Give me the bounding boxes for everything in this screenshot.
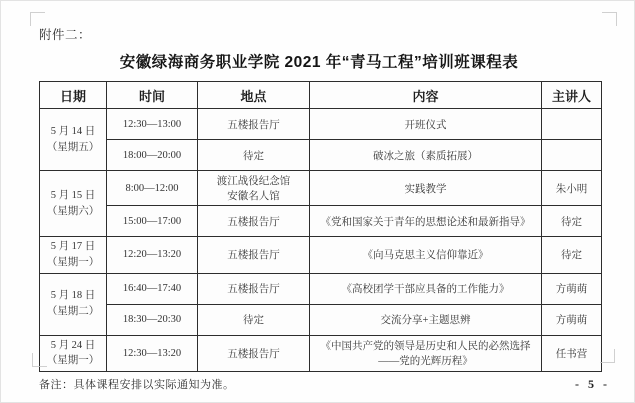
scan-corner-mark-bottom-left	[32, 353, 47, 367]
content-cell: 破冰之旅（素质拓展）	[310, 140, 542, 171]
location-cell: 五楼报告厅	[198, 335, 310, 372]
time-cell: 16:40—17:40	[107, 273, 198, 304]
table-row: 5 月 17 日 （星期一）12:20—13:20五楼报告厅《向马克思主义信仰靠…	[40, 237, 602, 274]
date-cell: 5 月 17 日 （星期一）	[40, 237, 107, 274]
speaker-cell	[542, 140, 602, 171]
time-cell: 12:20—13:20	[107, 237, 198, 274]
column-header-content: 内容	[310, 82, 542, 109]
note-text: 备注：具体课程安排以实际通知为准。	[39, 376, 599, 392]
content-cell: 《中国共产党的领导是历史和人民的必然选择——党的光辉历程》	[310, 335, 542, 372]
date-cell: 5 月 24 日 （星期一）	[40, 335, 107, 372]
document-page: 附件二： 安徽绿海商务职业学院 2021 年“青马工程”培训班课程表 日期时间地…	[0, 0, 635, 403]
page-number: - 5 -	[575, 377, 610, 392]
table-row: 5 月 14 日 （星期五）12:30—13:00五楼报告厅开班仪式	[40, 109, 602, 140]
speaker-cell: 待定	[542, 206, 602, 237]
content-cell: 实践教学	[310, 171, 542, 206]
column-header-time: 时间	[107, 82, 198, 109]
schedule-table: 日期时间地点内容主讲人 5 月 14 日 （星期五）12:30—13:00五楼报…	[39, 81, 602, 372]
time-cell: 12:30—13:00	[107, 109, 198, 140]
date-cell: 5 月 18 日 （星期二）	[40, 273, 107, 335]
content-cell: 交流分享+主题思辨	[310, 304, 542, 335]
page-title: 安徽绿海商务职业学院 2021 年“青马工程”培训班课程表	[39, 50, 599, 72]
content-cell: 《党和国家关于青年的思想论述和最新指导》	[310, 206, 542, 237]
date-cell: 5 月 15 日 （星期六）	[40, 171, 107, 237]
location-cell: 待定	[198, 140, 310, 171]
speaker-cell: 朱小明	[542, 171, 602, 206]
column-header-location: 地点	[198, 82, 310, 109]
location-cell: 渡江战役纪念馆 安徽名人馆	[198, 171, 310, 206]
location-cell: 五楼报告厅	[198, 206, 310, 237]
time-cell: 18:00—20:00	[107, 140, 198, 171]
column-header-date: 日期	[40, 82, 107, 109]
speaker-cell: 待定	[542, 237, 602, 274]
speaker-cell: 任书营	[542, 335, 602, 372]
table-header-row: 日期时间地点内容主讲人	[40, 82, 602, 109]
content-cell: 开班仪式	[310, 109, 542, 140]
time-cell: 15:00—17:00	[107, 206, 198, 237]
table-row: 18:30—20:30待定交流分享+主题思辨方萌萌	[40, 304, 602, 335]
table-row: 5 月 18 日 （星期二）16:40—17:40五楼报告厅《高校团学干部应具备…	[40, 273, 602, 304]
location-cell: 待定	[198, 304, 310, 335]
date-cell: 5 月 14 日 （星期五）	[40, 109, 107, 171]
table-row: 18:00—20:00待定破冰之旅（素质拓展）	[40, 140, 602, 171]
table-row: 5 月 24 日 （星期一）12:30—13:20五楼报告厅《中国共产党的领导是…	[40, 335, 602, 372]
scan-corner-mark-top-left	[30, 12, 45, 26]
column-header-speaker: 主讲人	[542, 82, 602, 109]
time-cell: 18:30—20:30	[107, 304, 198, 335]
table-row: 15:00—17:00五楼报告厅《党和国家关于青年的思想论述和最新指导》待定	[40, 206, 602, 237]
location-cell: 五楼报告厅	[198, 237, 310, 274]
content-cell: 《向马克思主义信仰靠近》	[310, 237, 542, 274]
speaker-cell: 方萌萌	[542, 273, 602, 304]
content-cell: 《高校团学干部应具备的工作能力》	[310, 273, 542, 304]
speaker-cell: 方萌萌	[542, 304, 602, 335]
scan-corner-mark-bottom-right	[600, 349, 615, 363]
attachment-label: 附件二：	[39, 25, 599, 43]
time-cell: 8:00—12:00	[107, 171, 198, 206]
scan-corner-mark-top-right	[602, 12, 617, 26]
location-cell: 五楼报告厅	[198, 109, 310, 140]
table-body: 5 月 14 日 （星期五）12:30—13:00五楼报告厅开班仪式18:00—…	[40, 109, 602, 372]
time-cell: 12:30—13:20	[107, 335, 198, 372]
speaker-cell	[542, 109, 602, 140]
location-cell: 五楼报告厅	[198, 273, 310, 304]
table-row: 5 月 15 日 （星期六）8:00—12:00渡江战役纪念馆 安徽名人馆实践教…	[40, 171, 602, 206]
